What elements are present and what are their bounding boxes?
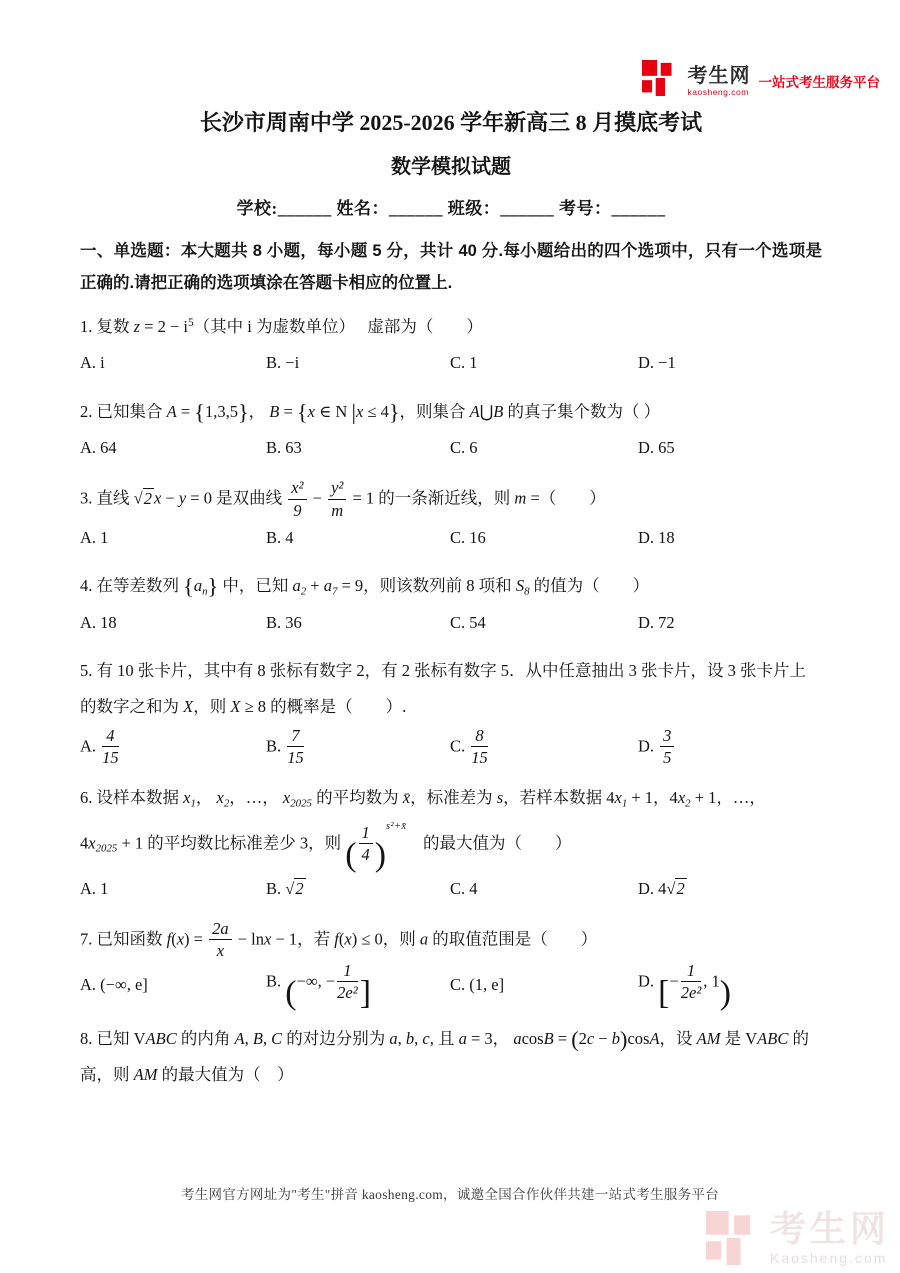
option-A: A. i	[80, 345, 266, 381]
math-i: a	[513, 1029, 521, 1048]
math-t: −	[669, 971, 678, 990]
math-t: （其中 i 为虚数单位） 虚部为（ ）	[194, 317, 483, 336]
math-i: a	[459, 1029, 467, 1048]
math-t: − ln	[234, 930, 264, 949]
kaosheng-logo: 考生网 kaosheng.com 一站式考生服务平台	[642, 60, 881, 96]
math-i: a	[389, 1029, 397, 1048]
option-label: D.	[638, 971, 658, 990]
option-label: A.	[80, 613, 100, 632]
radical: √2	[285, 878, 305, 898]
math-t: 16	[469, 528, 486, 547]
math-i: x	[217, 788, 224, 807]
math-i: a	[324, 576, 332, 595]
option-D: D. −1	[638, 345, 822, 381]
question-stem: 4. 在等差数列 {an} 中，已知 a2 + a7 = 9，则该数列前 8 项…	[80, 568, 822, 604]
math-t: = 3，	[467, 1029, 513, 1048]
option-B: B. (−∞, −12e²]	[266, 961, 450, 1009]
math-i: AM	[134, 1065, 158, 1084]
math-i: ABC	[146, 1029, 177, 1048]
math-t: 3. 直线	[80, 489, 134, 508]
question-3: 3. 直线 √2x − y = 0 是双曲线 x²9 − y²m = 1 的一条…	[80, 478, 822, 556]
math-t: 2	[579, 1029, 587, 1048]
math-Big: ]	[360, 974, 371, 1011]
options-row: A. 415B. 715C. 815D. 35	[80, 726, 822, 768]
math-t: 的真子集个数为（ ）	[503, 402, 660, 421]
option-A: A. 64	[80, 430, 266, 466]
math-t: i	[100, 353, 105, 372]
math-t: − 1，若	[271, 930, 334, 949]
options-row: A. 18B. 36C. 54D. 72	[80, 605, 822, 641]
math-t: ，设	[660, 1029, 697, 1048]
math-i: B	[253, 1029, 263, 1048]
option-label: B.	[266, 528, 285, 547]
math-t: 6. 设样本数据	[80, 788, 183, 807]
watermark-brand-name: 考生网	[770, 1211, 890, 1247]
math-t: ≤ 4	[363, 402, 389, 421]
math-t: 1. 复数	[80, 317, 134, 336]
math-t: =	[554, 1029, 572, 1048]
math-i: A	[470, 402, 480, 421]
fraction: 14	[359, 823, 373, 865]
math-i: m	[514, 489, 526, 508]
option-label: C.	[450, 613, 469, 632]
math-i: x	[614, 788, 621, 807]
math-i: c	[422, 1029, 429, 1048]
option-D: D. 35	[638, 726, 822, 768]
question-stem: 5. 有 10 张卡片，其中有 8 张标有数字 2，有 2 张标有数字 5．从中…	[80, 653, 822, 726]
math-t: 6	[469, 438, 477, 457]
math-t: 是 V	[721, 1029, 758, 1048]
math-i: AM	[697, 1029, 721, 1048]
watermark-brand-domain: Kaosheng.com	[770, 1251, 890, 1265]
math-t: ，	[196, 788, 217, 807]
math-t: + 1，…，	[691, 788, 766, 807]
math-i: ABC	[757, 1029, 788, 1048]
math-i: C	[271, 1029, 282, 1048]
math-t: 中，已知	[218, 576, 292, 595]
math-t: ，若样本数据 4	[503, 788, 614, 807]
option-label: B.	[266, 879, 285, 898]
math-t: 的值为（ ）	[530, 576, 650, 595]
exam-subtitle: 数学模拟试题	[80, 154, 822, 180]
math-i: x	[344, 930, 351, 949]
option-label: B.	[266, 438, 285, 457]
math-t: 4	[80, 833, 88, 852]
watermark-text-block: 考生网 Kaosheng.com	[770, 1211, 890, 1265]
option-B: B. √2	[266, 871, 450, 907]
option-A: A. 415	[80, 726, 266, 768]
math-t: 2. 已知集合	[80, 402, 167, 421]
math-t: 1,3,5	[205, 402, 238, 421]
question-7: 7. 已知函数 f(x) = 2ax − lnx − 1，若 f(x) ≤ 0，…	[80, 919, 822, 1009]
fraction: 2ax	[209, 919, 232, 961]
option-label: D.	[638, 438, 658, 457]
option-A: A. 1	[80, 520, 266, 556]
math-t: ，则集合	[400, 402, 470, 421]
option-C: C. 1	[450, 345, 638, 381]
option-label: D.	[638, 613, 658, 632]
math-Big: (	[285, 974, 296, 1011]
question-stem: 6. 设样本数据 x1， x2，…， x2025 的平均数为 x̄，标准差为 s…	[80, 780, 822, 871]
math-t: −∞, −	[297, 971, 336, 990]
option-label: D.	[638, 879, 658, 898]
option-B: B. 4	[266, 520, 450, 556]
math-t: 54	[469, 613, 486, 632]
math-t: (−∞, e]	[100, 975, 148, 994]
math-t: −	[161, 489, 179, 508]
math-i: x	[177, 930, 184, 949]
math-t: ) =	[184, 930, 207, 949]
options-row: A. 1B. 4C. 16D. 18	[80, 520, 822, 556]
math-t: = 9，则该数列前 8 项和	[337, 576, 515, 595]
math-t: ,	[263, 1029, 271, 1048]
math-Big: (	[345, 836, 356, 873]
math-t: , 1	[703, 971, 720, 990]
option-C: C. (1, e]	[450, 967, 638, 1003]
option-B: B. 63	[266, 430, 450, 466]
footer-note: 考生网官方网址为"考生"拼音 kaosheng.com，诚邀全国合作伙伴共建一站…	[0, 1183, 900, 1203]
questions-list: 1. 复数 z = 2 − i5（其中 i 为虚数单位） 虚部为（ ）A. iB…	[80, 309, 822, 1093]
math-i: X	[183, 697, 193, 716]
math-t: (1, e]	[469, 975, 504, 994]
exam-title: 长沙市周南中学 2025-2026 学年新高三 8 月摸底考试	[80, 108, 822, 138]
option-label: A.	[80, 736, 100, 755]
option-label: A.	[80, 353, 100, 372]
math-t: 的平均数为	[312, 788, 403, 807]
fraction: x²9	[288, 478, 306, 520]
options-row: A. (−∞, e]B. (−∞, −12e²]C. (1, e]D. [−12…	[80, 961, 822, 1009]
fraction: 12e²	[681, 961, 702, 1003]
question-5: 5. 有 10 张卡片，其中有 8 张标有数字 2，有 2 张标有数字 5．从中…	[80, 653, 822, 768]
math-t: ∈ N	[315, 402, 352, 421]
math-Big: )	[720, 974, 731, 1011]
fraction: 715	[287, 726, 304, 768]
kaosheng-watermark: 考生网 Kaosheng.com	[706, 1211, 890, 1265]
option-A: A. 1	[80, 871, 266, 907]
math-t: 18	[100, 613, 117, 632]
option-label: B.	[266, 971, 285, 990]
math-i: X	[230, 697, 240, 716]
math-t: , 且	[430, 1029, 459, 1048]
option-label: D.	[638, 528, 658, 547]
option-label: C.	[450, 438, 469, 457]
question-6: 6. 设样本数据 x1， x2，…， x2025 的平均数为 x̄，标准差为 s…	[80, 780, 822, 907]
math-i: x	[88, 833, 95, 852]
math-i: B	[269, 402, 279, 421]
exam-page: 长沙市周南中学 2025-2026 学年新高三 8 月摸底考试 数学模拟试题 学…	[0, 0, 900, 1093]
math-Big: )	[375, 836, 386, 873]
question-stem: 1. 复数 z = 2 − i5（其中 i 为虚数单位） 虚部为（ ）	[80, 309, 822, 345]
math-t: + 1，4	[627, 788, 678, 807]
math-big: }	[389, 399, 400, 424]
math-t: 1	[469, 353, 477, 372]
math-t: =（ ）	[526, 489, 605, 508]
math-t: 4	[469, 879, 477, 898]
math-t: 的内角	[177, 1029, 235, 1048]
brand-text-block: 考生网 kaosheng.com	[688, 66, 751, 97]
question-4: 4. 在等差数列 {an} 中，已知 a2 + a7 = 9，则该数列前 8 项…	[80, 568, 822, 641]
option-B: B. 36	[266, 605, 450, 641]
option-B: B. 715	[266, 726, 450, 768]
math-t: cos	[522, 1029, 544, 1048]
math-big: }	[208, 574, 219, 599]
math-t: 36	[285, 613, 302, 632]
option-D: D. 65	[638, 430, 822, 466]
math-t: 65	[658, 438, 675, 457]
math-i: b	[406, 1029, 414, 1048]
fraction: y²m	[328, 478, 346, 520]
brand-domain: kaosheng.com	[688, 88, 751, 97]
math-i: B	[544, 1029, 554, 1048]
option-label: C.	[450, 975, 469, 994]
math-t: 8. 已知 V	[80, 1029, 146, 1048]
math-big: {	[183, 574, 194, 599]
math-t: + 1 的平均数比标准差少 3，则	[117, 833, 345, 852]
option-label: D.	[638, 736, 658, 755]
math-Sup: s²+x̄	[386, 821, 406, 832]
option-label: A.	[80, 975, 100, 994]
math-i: A	[234, 1029, 244, 1048]
option-A: A. (−∞, e]	[80, 967, 266, 1003]
math-t: 64	[100, 438, 117, 457]
math-sub: 2025	[290, 797, 312, 809]
math-big: }	[238, 399, 249, 424]
option-label: C.	[450, 879, 469, 898]
math-t: +	[306, 576, 324, 595]
option-label: B.	[266, 736, 285, 755]
fraction: 35	[660, 726, 674, 768]
option-C: C. 54	[450, 605, 638, 641]
math-t: 1	[100, 879, 108, 898]
math-i: a	[194, 576, 202, 595]
option-C: C. 815	[450, 726, 638, 768]
math-i: A	[167, 402, 177, 421]
option-A: A. 18	[80, 605, 266, 641]
option-B: B. −i	[266, 345, 450, 381]
math-i: a	[420, 930, 428, 949]
math-t: ,	[245, 1029, 253, 1048]
option-D: D. 18	[638, 520, 822, 556]
radical: √2	[666, 878, 686, 898]
math-big: (	[571, 1026, 578, 1051]
math-t: ，则	[193, 697, 230, 716]
math-t: = 1 的一条渐近线，则	[348, 489, 514, 508]
options-row: A. 64B. 63C. 6D. 65	[80, 430, 822, 466]
math-t: ，…，	[229, 788, 283, 807]
math-big: {	[194, 399, 205, 424]
math-t: −	[309, 489, 327, 508]
question-stem: 3. 直线 √2x − y = 0 是双曲线 x²9 − y²m = 1 的一条…	[80, 478, 822, 520]
math-i: A	[649, 1029, 659, 1048]
math-t: =	[279, 402, 297, 421]
math-t: 的最大值为（ ）	[157, 1065, 293, 1084]
math-Big: [	[658, 974, 669, 1011]
question-1: 1. 复数 z = 2 − i5（其中 i 为虚数单位） 虚部为（ ）A. iB…	[80, 309, 822, 382]
option-label: B.	[266, 353, 285, 372]
math-t: ⋃	[480, 402, 494, 421]
math-t: 的取值范围是（ ）	[428, 930, 597, 949]
math-t: 1	[100, 528, 108, 547]
fraction: 12e²	[337, 961, 358, 1003]
math-t: 18	[658, 528, 675, 547]
math-t: ,	[398, 1029, 406, 1048]
math-t: 4. 在等差数列	[80, 576, 183, 595]
math-i: x̄	[403, 788, 410, 807]
brand-name: 考生网	[688, 66, 751, 86]
option-label: D.	[638, 353, 658, 372]
option-label: A.	[80, 438, 100, 457]
option-D: D. 4√2	[638, 871, 822, 907]
kaosheng-watermark-icon	[706, 1211, 760, 1265]
fraction: 415	[102, 726, 119, 768]
kaosheng-logo-icon	[642, 60, 678, 96]
math-t: 72	[658, 613, 675, 632]
math-i: S	[516, 576, 524, 595]
option-label: C.	[450, 736, 469, 755]
math-t: −i	[285, 353, 299, 372]
math-t: 63	[285, 438, 302, 457]
option-C: C. 16	[450, 520, 638, 556]
option-C: C. 6	[450, 430, 638, 466]
option-label: A.	[80, 528, 100, 547]
question-2: 2. 已知集合 A = {1,3,5}， B = {x ∈ N |x ≤ 4}，…	[80, 394, 822, 467]
question-8: 8. 已知 VABC 的内角 A, B, C 的对边分别为 a, b, c, 且…	[80, 1021, 822, 1094]
option-label: C.	[450, 353, 469, 372]
math-t: −	[594, 1029, 612, 1048]
math-sub: 2025	[96, 843, 118, 855]
fraction: 815	[471, 726, 488, 768]
math-t: 的对边分别为	[282, 1029, 389, 1048]
student-info-line: 学校:______ 姓名：______ 班级：______ 考号：______	[80, 194, 822, 219]
math-t: ，标准差为	[410, 788, 497, 807]
math-t: 的最大值为（ ）	[407, 833, 572, 852]
question-stem: 2. 已知集合 A = {1,3,5}， B = {x ∈ N |x ≤ 4}，…	[80, 394, 822, 430]
math-i: b	[612, 1029, 620, 1048]
math-t: 4	[285, 528, 293, 547]
math-i: B	[493, 402, 503, 421]
math-t: = 2 − i	[140, 317, 188, 336]
question-stem: 8. 已知 VABC 的内角 A, B, C 的对边分别为 a, b, c, 且…	[80, 1021, 822, 1094]
section-heading: 一、单选题：本大题共 8 小题，每小题 5 分，共计 40 分.每小题给出的四个…	[80, 235, 822, 299]
radical: √2	[134, 488, 154, 508]
math-t: ，	[249, 402, 270, 421]
option-D: D. [−12e², 1)	[638, 961, 822, 1009]
options-row: A. 1B. √2C. 4D. 4√2	[80, 871, 822, 907]
option-label: B.	[266, 613, 285, 632]
math-t: ≥ 8 的概率是（ ）.	[240, 697, 406, 716]
option-C: C. 4	[450, 871, 638, 907]
brand-tagline: 一站式考生服务平台	[759, 71, 881, 96]
option-label: C.	[450, 528, 469, 547]
math-t: cos	[627, 1029, 649, 1048]
option-label: A.	[80, 879, 100, 898]
math-i: a	[292, 576, 300, 595]
math-t: =	[177, 402, 195, 421]
math-big: {	[297, 399, 308, 424]
question-stem: 7. 已知函数 f(x) = 2ax − lnx − 1，若 f(x) ≤ 0，…	[80, 919, 822, 961]
math-t: −1	[658, 353, 676, 372]
option-D: D. 72	[638, 605, 822, 641]
math-t: 7. 已知函数	[80, 930, 167, 949]
math-t: ) ≤ 0，则	[352, 930, 420, 949]
math-t: = 0 是双曲线	[186, 489, 286, 508]
math-i: x	[308, 402, 315, 421]
options-row: A. iB. −iC. 1D. −1	[80, 345, 822, 381]
